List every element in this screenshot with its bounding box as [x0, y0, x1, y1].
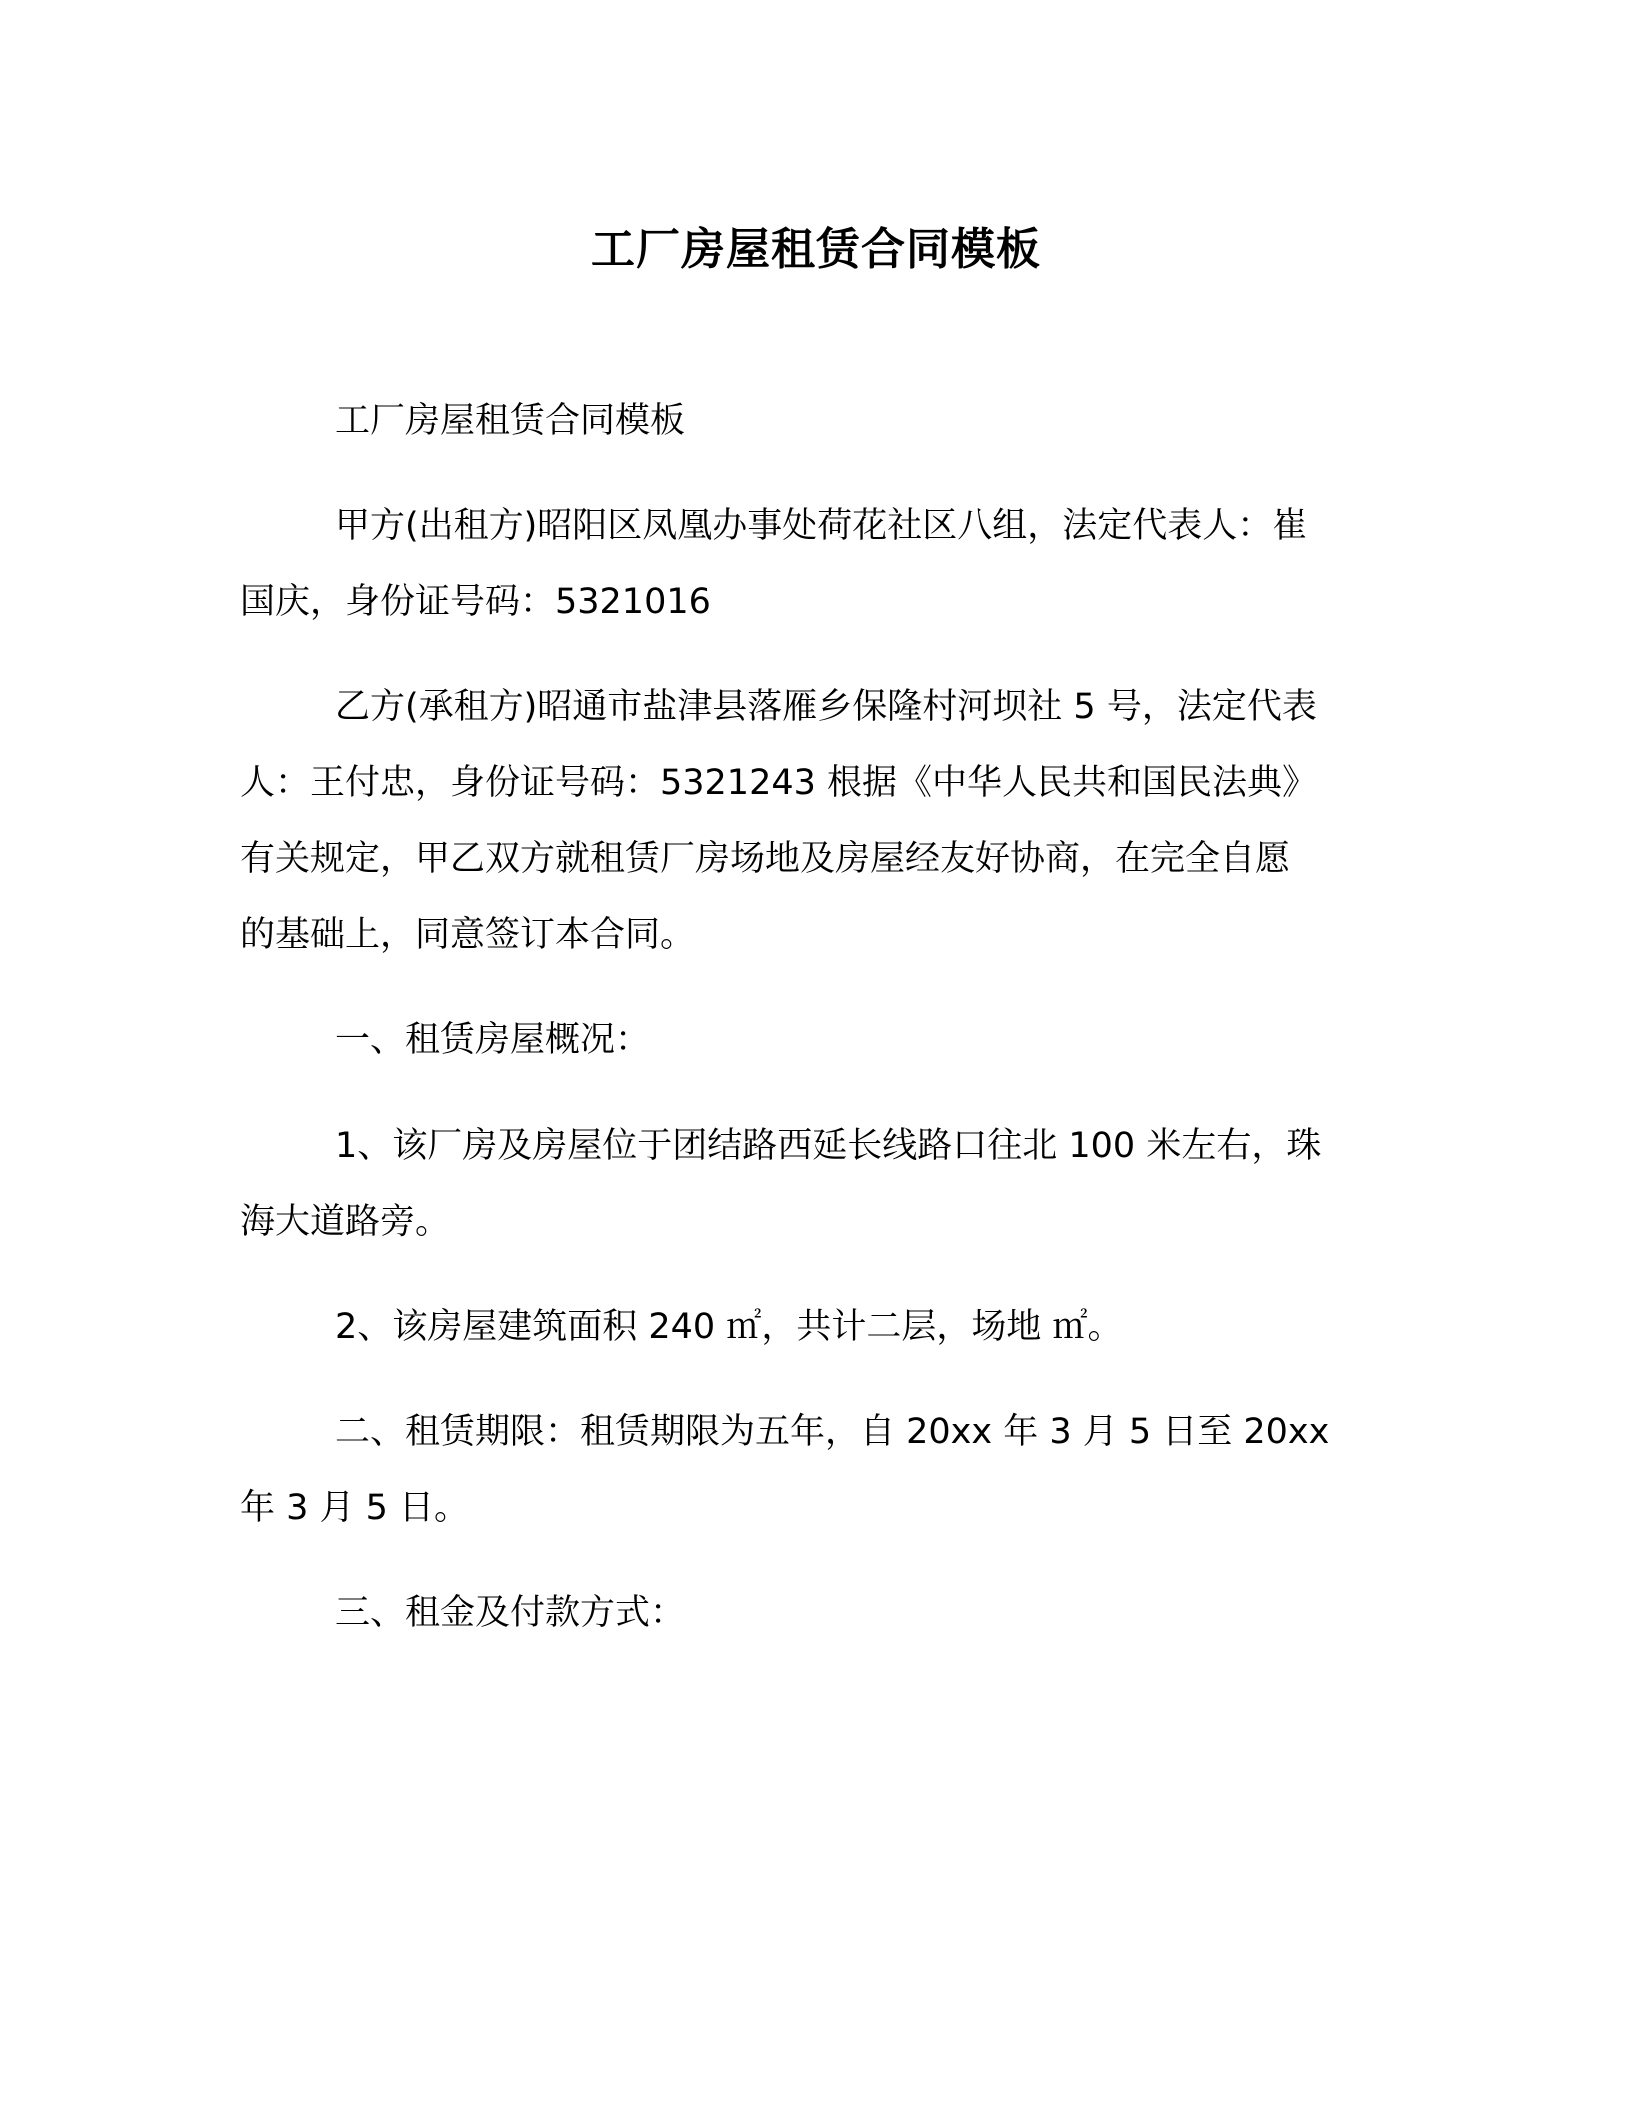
clause-1-2-line: 2、该房屋建筑面积 240 ㎡，共计二层，场地 ㎡。 [335, 1303, 1122, 1351]
section-1-heading: 一、租赁房屋概况： [335, 1016, 650, 1064]
section-2-line: 年 3 月 5 日。 [240, 1484, 469, 1532]
document-title: 工厂房屋租赁合同模板 [0, 222, 1632, 278]
document-subtitle: 工厂房屋租赁合同模板 [335, 397, 685, 445]
document-page: 工厂房屋租赁合同模板 工厂房屋租赁合同模板 甲方(出租方)昭阳区凤凰办事处荷花社… [0, 0, 1632, 2112]
party-b-line: 有关规定，甲乙双方就租赁厂房场地及房屋经友好协商，在完全自愿 [240, 835, 1290, 883]
party-b-line: 的基础上，同意签订本合同。 [240, 911, 695, 959]
party-b-line: 人：王付忠，身份证号码：5321243 根据《中华人民共和国民法典》 [240, 759, 1317, 807]
party-a-line: 甲方(出租方)昭阳区凤凰办事处荷花社区八组，法定代表人：崔 [335, 502, 1307, 550]
section-2-line: 二、租赁期限：租赁期限为五年，自 20xx 年 3 月 5 日至 20xx [335, 1408, 1329, 1456]
clause-1-1-line: 1、该厂房及房屋位于团结路西延长线路口往北 100 米左右，珠 [335, 1122, 1321, 1170]
party-b-line: 乙方(承租方)昭通市盐津县落雁乡保隆村河坝社 5 号，法定代表 [335, 683, 1317, 731]
section-3-heading: 三、租金及付款方式： [335, 1589, 685, 1637]
clause-1-1-line: 海大道路旁。 [240, 1198, 450, 1246]
party-a-line: 国庆，身份证号码：5321016 [240, 578, 711, 626]
